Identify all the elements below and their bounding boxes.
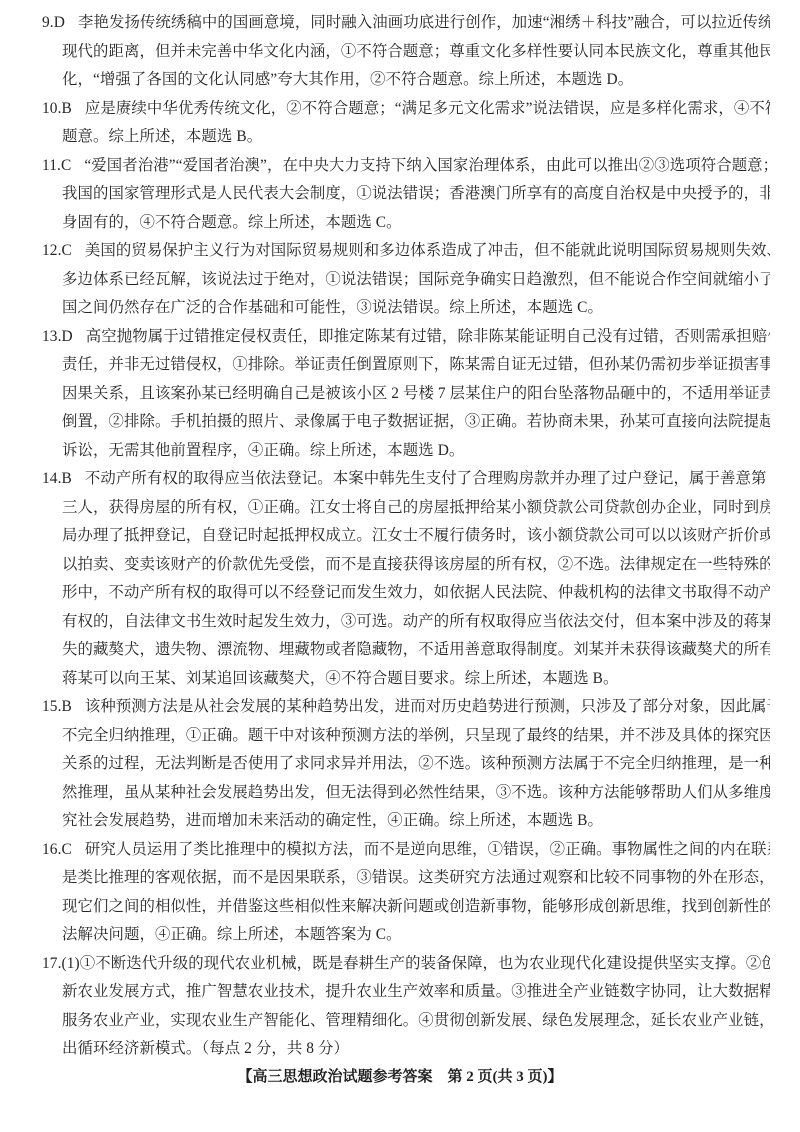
answer-line: 不完全归纳推理，①正确。题干中对该种预测方法的举例，只呈现了最终的结果，并不涉及… — [42, 722, 770, 751]
answer-line: 究社会发展趋势，进而增加未来活动的确定性，④正确。综上所述，本题选 B。 — [42, 807, 770, 836]
answer-label: 14.B — [42, 470, 72, 487]
answer-line: 我国的国家管理形式是人民代表大会制度，①说法错误；香港澳门所享有的高度自治权是中… — [42, 180, 770, 209]
answer-line: 蒋某可以向王某、刘某追回该藏獒犬，④不符合题目要求。综上所述，本题选 B。 — [42, 665, 770, 694]
answer-line: 化，“增强了各国的文化认同感”夸大其作用，②不符合题意。综上所述，本题选 D。 — [42, 66, 770, 95]
answer-line: 多边体系已经瓦解，该说法过于绝对，①说法错误；国际竞争确实日趋激烈，但不能说合作… — [42, 266, 770, 295]
answer-first-line: 16.C研究人员运用了类比推理中的模拟方法，而不是逆向思维，①错误，②正确。事物… — [42, 836, 770, 865]
answer-text: ①不断迭代升级的现代农业机械，既是春耕生产的装备保障，也为农业现代化建设提供坚实… — [80, 955, 770, 972]
answer-line: 以拍卖、变卖该财产的价款优先受偿，而不是直接获得该房屋的所有权，②不选。法律规定… — [42, 551, 770, 580]
answer-line: 然推理，虽从某种社会发展趋势出发，但无法得到必然性结果，③不选。该种方法能够帮助… — [42, 779, 770, 808]
answer-item: 15.B该种预测方法是从社会发展的某种趋势出发，进而对历史趋势进行预测，只涉及了… — [42, 693, 770, 836]
page-footer: 【高三思想政治试题参考答案 第 2 页(共 3 页)】 — [0, 1063, 800, 1092]
answer-item: 16.C研究人员运用了类比推理中的模拟方法，而不是逆向思维，①错误，②正确。事物… — [42, 836, 770, 950]
answer-line: 现它们之间的相似性，并借鉴这些相似性来解决新问题或创造新事物，能够形成创新思维，… — [42, 893, 770, 922]
answer-text: 李艳发扬传统绣稿中的国画意境，同时融入油画功底进行创作，加速“湘绣＋科技”融合，… — [78, 14, 770, 31]
answer-line: 题意。综上所述，本题选 B。 — [42, 123, 770, 152]
answer-line: 责任，并非无过错侵权，①排除。举证责任倒置原则下，陈某需自证无过错，但孙某仍需初… — [42, 351, 770, 380]
answer-text: 应是赓续中华优秀传统文化，②不符合题意；“满足多元文化需求”说法错误，应是多样化… — [85, 100, 770, 117]
answer-text: 研究人员运用了类比推理中的模拟方法，而不是逆向思维，①错误，②正确。事物属性之间… — [85, 841, 770, 858]
answer-label: 17.(1) — [42, 955, 80, 972]
answer-line: 现代的距离，但并未完善中华文化内涵，①不符合题意；尊重文化多样性要认同本民族文化… — [42, 38, 770, 67]
answer-first-line: 17.(1)①不断迭代升级的现代农业机械，既是春耕生产的装备保障，也为农业现代化… — [42, 950, 770, 979]
answer-item: 14.B不动产所有权的取得应当依法登记。本案中韩先生支付了合理购房款并办理了过户… — [42, 465, 770, 693]
answer-first-line: 15.B该种预测方法是从社会发展的某种趋势出发，进而对历史趋势进行预测，只涉及了… — [42, 693, 770, 722]
answer-line: 三人，获得房屋的所有权，①正确。江女士将自己的房屋抵押给某小额贷款公司贷款创办企… — [42, 494, 770, 523]
answer-text: 不动产所有权的取得应当依法登记。本案中韩先生支付了合理购房款并办理了过户登记，属… — [85, 470, 767, 487]
answer-line: 服务农业产业，实现农业生产智能化、管理精细化。④贯彻创新发展、绿色发展理念，延长… — [42, 1007, 770, 1036]
answer-line: 法解决问题，④正确。综上所述，本题答案为 C。 — [42, 921, 770, 950]
answer-first-line: 12.C美国的贸易保护主义行为对国际贸易规则和多边体系造成了冲击，但不能就此说明… — [42, 237, 770, 266]
answer-line: 是类比推理的客观依据，而不是因果联系，③错误。这类研究方法通过观察和比较不同事物… — [42, 864, 770, 893]
answer-text: 高空抛物属于过错推定侵权责任，即推定陈某有过错，除非陈某能证明自己没有过错，否则… — [86, 328, 770, 345]
answer-label: 16.C — [42, 841, 72, 858]
answer-line: 诉讼，无需其他前置程序，④正确。综上所述，本题选 D。 — [42, 437, 770, 466]
answer-item: 13.D高空抛物属于过错推定侵权责任，即推定陈某有过错，除非陈某能证明自己没有过… — [42, 323, 770, 466]
answer-line: 国之间仍然存在广泛的合作基础和可能性，③说法错误。综上所述，本题选 C。 — [42, 294, 770, 323]
answer-item: 10.B应是赓续中华优秀传统文化，②不符合题意；“满足多元文化需求”说法错误，应… — [42, 95, 770, 152]
answer-item: 12.C美国的贸易保护主义行为对国际贸易规则和多边体系造成了冲击，但不能就此说明… — [42, 237, 770, 323]
answer-label: 15.B — [42, 698, 72, 715]
answer-line: 出循环经济新模式。（每点 2 分，共 8 分） — [42, 1035, 770, 1064]
answer-first-line: 13.D高空抛物属于过错推定侵权责任，即推定陈某有过错，除非陈某能证明自己没有过… — [42, 323, 770, 352]
answer-list: 9.D李艳发扬传统绣稿中的国画意境，同时融入油画功底进行创作，加速“湘绣＋科技”… — [42, 9, 770, 1064]
answer-label: 9.D — [42, 14, 65, 31]
answer-label: 11.C — [42, 157, 71, 174]
answer-line: 身固有的，④不符合题意。综上所述，本题选 C。 — [42, 209, 770, 238]
answer-text: 该种预测方法是从社会发展的某种趋势出发，进而对历史趋势进行预测，只涉及了部分对象… — [85, 698, 770, 715]
answer-text: 美国的贸易保护主义行为对国际贸易规则和多边体系造成了冲击，但不能就此说明国际贸易… — [85, 242, 770, 259]
answer-line: 形中，不动产所有权的取得可以不经登记而发生效力，如依据人民法院、仲裁机构的法律文… — [42, 579, 770, 608]
answer-label: 12.C — [42, 242, 72, 259]
answer-first-line: 14.B不动产所有权的取得应当依法登记。本案中韩先生支付了合理购房款并办理了过户… — [42, 465, 770, 494]
answer-item: 11.C“爱国者治港”“爱国者治澳”，在中央大力支持下纳入国家治理体系，由此可以… — [42, 152, 770, 238]
answer-line: 关系的过程，无法判断是否使用了求同求异并用法，②不选。该种预测方法属于不完全归纳… — [42, 750, 770, 779]
answer-line: 失的藏獒犬，遗失物、漂流物、埋藏物或者隐藏物，不适用善意取得制度。刘某并未获得该… — [42, 636, 770, 665]
answer-first-line: 10.B应是赓续中华优秀传统文化，②不符合题意；“满足多元文化需求”说法错误，应… — [42, 95, 770, 124]
answer-line: 倒置，②排除。手机拍摄的照片、录像属于电子数据证据，③正确。若协商未果，孙某可直… — [42, 408, 770, 437]
answer-item: 9.D李艳发扬传统绣稿中的国画意境，同时融入油画功底进行创作，加速“湘绣＋科技”… — [42, 9, 770, 95]
scanned-answer-page: 9.D李艳发扬传统绣稿中的国画意境，同时融入油画功底进行创作，加速“湘绣＋科技”… — [0, 0, 800, 1132]
answer-line: 因果关系，且该案孙某已经明确自己是被该小区 2 号楼 7 层某住户的阳台坠落物品… — [42, 380, 770, 409]
answer-label: 13.D — [42, 328, 73, 345]
answer-item: 17.(1)①不断迭代升级的现代农业机械，既是春耕生产的装备保障，也为农业现代化… — [42, 950, 770, 1064]
answer-first-line: 9.D李艳发扬传统绣稿中的国画意境，同时融入油画功底进行创作，加速“湘绣＋科技”… — [42, 9, 770, 38]
answer-line: 有权的，自法律文书生效时起发生效力，③可选。动产的所有权取得应当依法交付，但本案… — [42, 608, 770, 637]
answer-text: “爱国者治港”“爱国者治澳”，在中央大力支持下纳入国家治理体系，由此可以推出②③… — [84, 157, 770, 174]
answer-label: 10.B — [42, 100, 72, 117]
answer-line: 局办理了抵押登记，自登记时起抵押权成立。江女士不履行债务时，该小额贷款公司可以以… — [42, 522, 770, 551]
answer-first-line: 11.C“爱国者治港”“爱国者治澳”，在中央大力支持下纳入国家治理体系，由此可以… — [42, 152, 770, 181]
answer-line: 新农业发展方式，推广智慧农业技术，提升农业生产效率和质量。③推进全产业链数字协同… — [42, 978, 770, 1007]
